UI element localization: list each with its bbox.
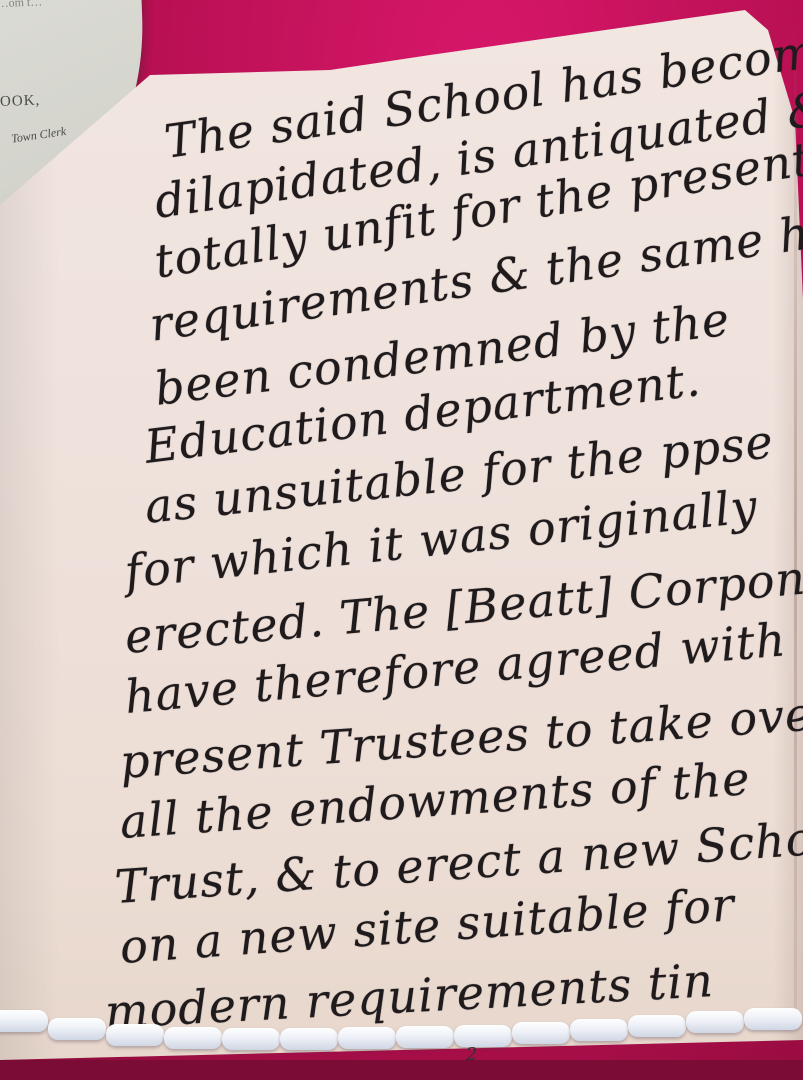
- bead: [164, 1027, 222, 1049]
- bead: [106, 1024, 164, 1046]
- bead: [628, 1015, 686, 1037]
- bead: [512, 1022, 570, 1044]
- bead: [338, 1027, 396, 1049]
- cloth-background-bottom: [0, 1060, 803, 1080]
- bead: [396, 1026, 454, 1048]
- photo-stage: …om t… , OOK, Town Clerk The said School…: [0, 0, 803, 1080]
- handwritten-text: The said School has become dilapidated, …: [0, 0, 803, 1080]
- bead-snake-weight: [0, 1000, 803, 1060]
- bead: [48, 1018, 106, 1040]
- bead: [744, 1008, 802, 1030]
- bead: [686, 1011, 744, 1033]
- bead: [0, 1010, 48, 1032]
- bead: [280, 1028, 338, 1050]
- bead: [454, 1025, 512, 1047]
- bead: [222, 1028, 280, 1050]
- bead: [570, 1019, 628, 1041]
